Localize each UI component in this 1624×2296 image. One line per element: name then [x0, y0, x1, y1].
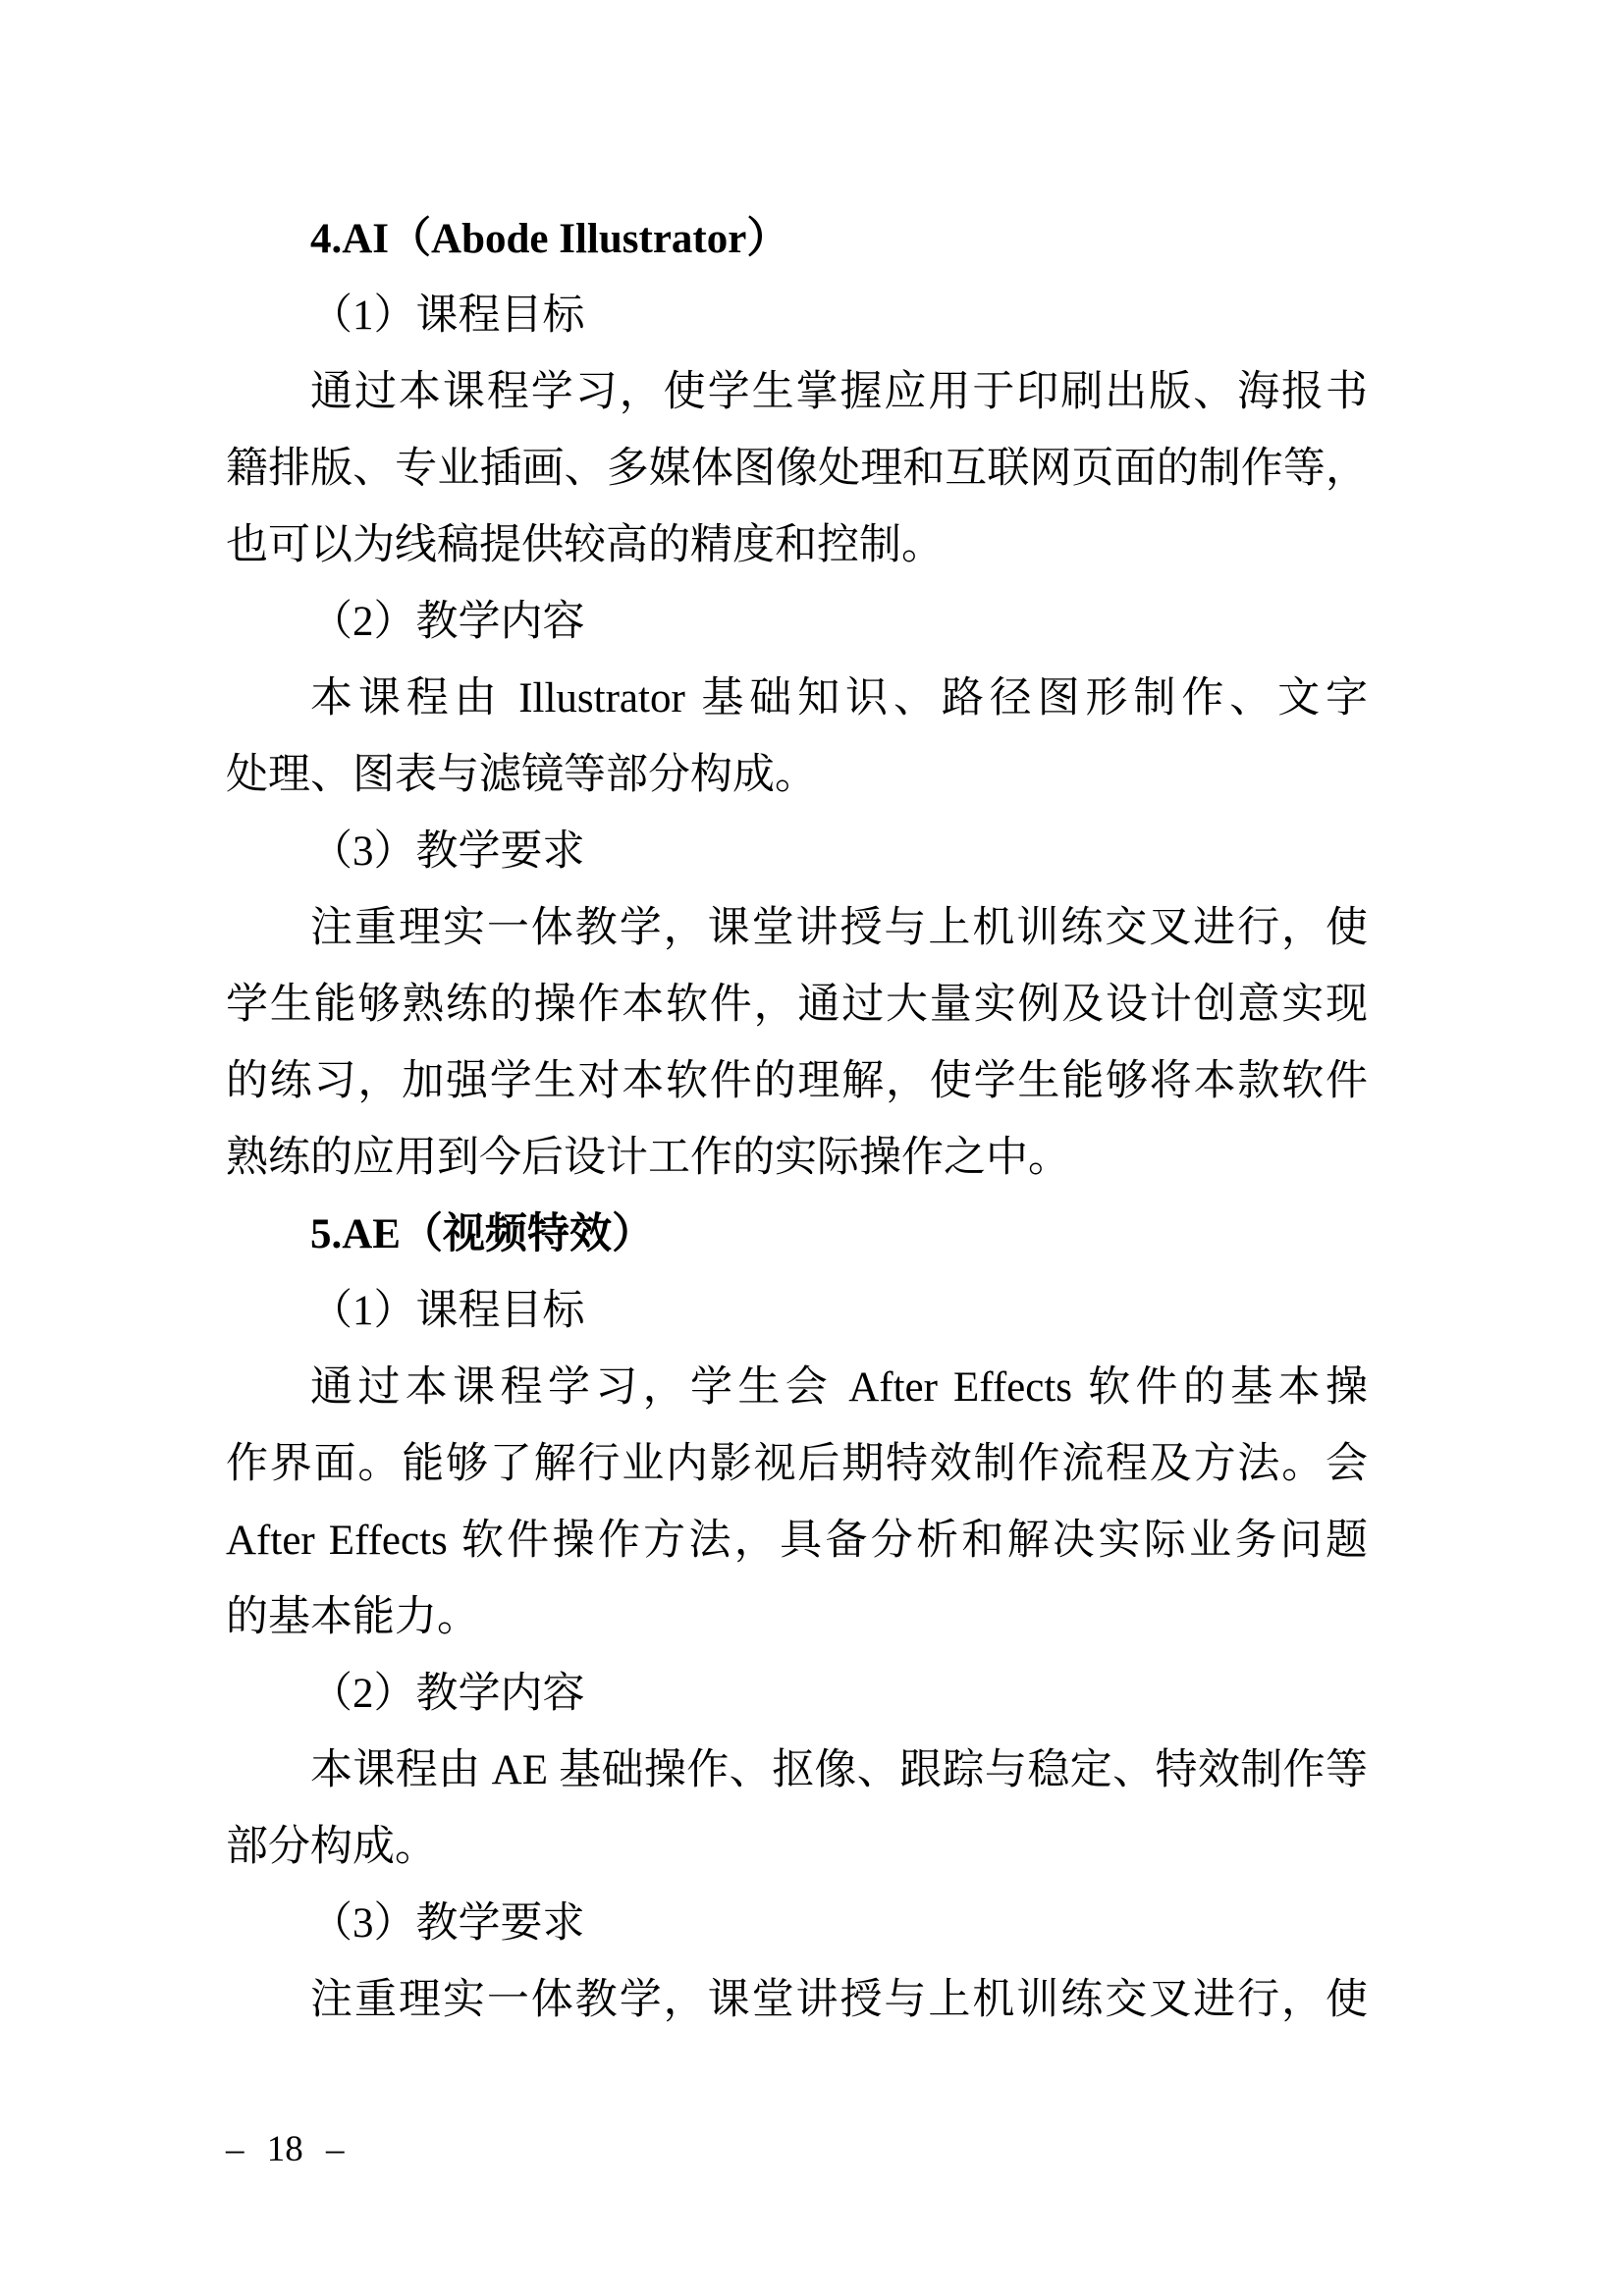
para-ai-requirement-line-4: 熟练的应用到今后设计工作的实际操作之中。	[226, 1120, 1368, 1197]
section-heading-ai: 4.AI（Abode Illustrator）	[226, 201, 1368, 278]
para-ae-goal-line-2: 作界面。能够了解行业内影视后期特效制作流程及方法。会	[226, 1426, 1368, 1503]
sub-teaching-content-ae: （2）教学内容	[226, 1656, 1368, 1733]
sub-teaching-requirement-ae: （3）教学要求	[226, 1886, 1368, 1962]
para-ai-requirement-line-3: 的练习，加强学生对本软件的理解，使学生能够将本款软件	[226, 1043, 1368, 1120]
para-ai-content-line-2: 处理、图表与滤镜等部分构成。	[226, 737, 1368, 814]
para-ae-goal-line-3: After Effects 软件操作方法，具备分析和解决实际业务问题	[226, 1503, 1368, 1579]
para-ae-goal-line-1: 通过本课程学习，学生会 After Effects 软件的基本操	[226, 1350, 1368, 1426]
document-page: 4.AI（Abode Illustrator） （1）课程目标 通过本课程学习，…	[0, 0, 1624, 2296]
para-ai-goal-line-1: 通过本课程学习，使学生掌握应用于印刷出版、海报书	[226, 354, 1368, 431]
para-ai-content-line-1: 本课程由 Illustrator 基础知识、路径图形制作、文字	[226, 661, 1368, 737]
document-content: 4.AI（Abode Illustrator） （1）课程目标 通过本课程学习，…	[226, 201, 1368, 2039]
para-ai-goal-line-3: 也可以为线稿提供较高的精度和控制。	[226, 507, 1368, 584]
para-ae-goal-line-4: 的基本能力。	[226, 1579, 1368, 1656]
para-ae-content-line-1: 本课程由 AE 基础操作、抠像、跟踪与稳定、特效制作等	[226, 1733, 1368, 1809]
para-ai-goal-line-2: 籍排版、专业插画、多媒体图像处理和互联网页面的制作等，	[226, 431, 1368, 507]
sub-teaching-requirement-ai: （3）教学要求	[226, 814, 1368, 890]
sub-teaching-content-ai: （2）教学内容	[226, 584, 1368, 661]
para-ai-requirement-line-2: 学生能够熟练的操作本软件，通过大量实例及设计创意实现	[226, 967, 1368, 1043]
sub-course-goal-ai: （1）课程目标	[226, 278, 1368, 354]
sub-course-goal-ae: （1）课程目标	[226, 1273, 1368, 1350]
para-ae-requirement-line-1: 注重理实一体教学，课堂讲授与上机训练交叉进行，使	[226, 1962, 1368, 2039]
section-heading-ae: 5.AE（视频特效）	[226, 1197, 1368, 1273]
para-ae-content-line-2: 部分构成。	[226, 1809, 1368, 1886]
page-number: – 18 –	[226, 2128, 345, 2171]
para-ai-requirement-line-1: 注重理实一体教学，课堂讲授与上机训练交叉进行，使	[226, 890, 1368, 967]
